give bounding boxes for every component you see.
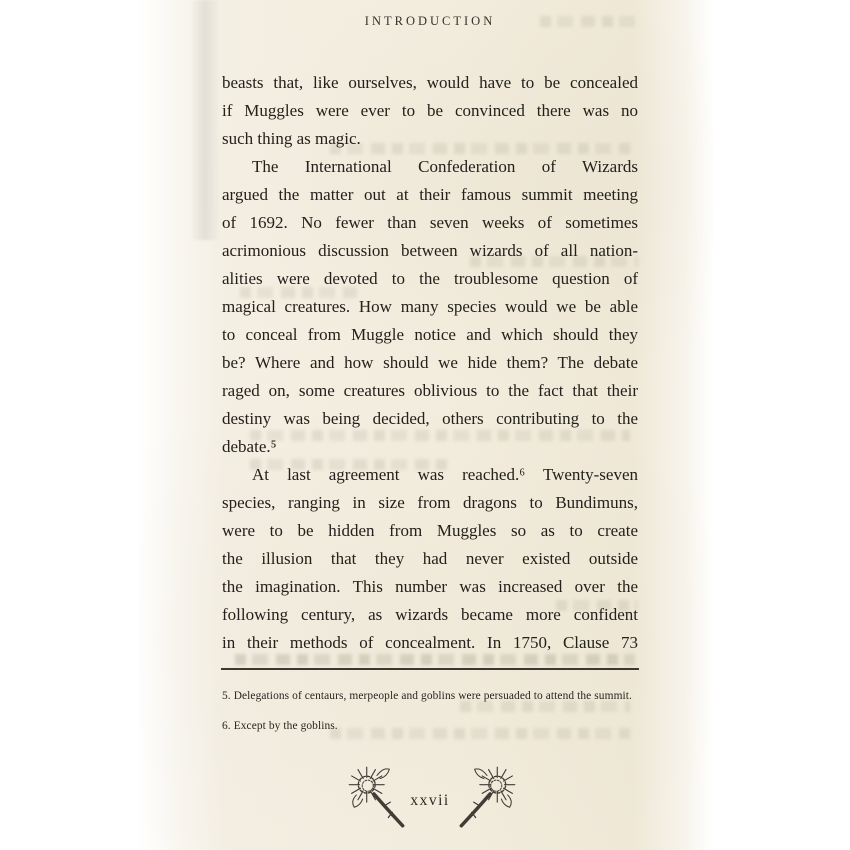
body-line: if Muggles were ever to be convinced the… — [222, 97, 638, 125]
running-header: INTRODUCTION — [222, 12, 638, 30]
page-gutter-shadow — [190, 0, 220, 240]
body-line: raged on, some creatures oblivious to th… — [222, 377, 638, 405]
body-line: beasts that, like ourselves, would have … — [222, 69, 638, 97]
footnote: 6. Except by the goblins. — [222, 711, 642, 741]
body-line: alities were devoted to the troublesome … — [222, 265, 638, 293]
book-page-photo: INTRODUCTION beasts that, like ourselves… — [0, 0, 850, 850]
body-line: be? Where and how should we hide them? T… — [222, 349, 638, 377]
body-line: magical creatures. How many species woul… — [222, 293, 638, 321]
body-line: At last agreement was reached.⁶ Twenty-s… — [222, 461, 638, 489]
thistle-ornament-right-icon — [450, 760, 524, 834]
body-line: such thing as magic. — [222, 125, 638, 153]
body-line: the illusion that they had never existed… — [222, 545, 638, 573]
folio-row: xxvii — [222, 760, 638, 840]
body-line: to conceal from Muggle notice and which … — [222, 321, 638, 349]
body-line: the imagination. This number was increas… — [222, 573, 638, 601]
body-line: acrimonious discussion between wizards o… — [222, 237, 638, 265]
body-line: in their methods of concealment. In 1750… — [222, 629, 638, 657]
body-line: following century, as wizards became mor… — [222, 601, 638, 629]
body-line: were to be hidden from Muggles so as to … — [222, 517, 638, 545]
footnotes: 5. Delegations of centaurs, merpeople an… — [222, 681, 642, 741]
body-line: of 1692. No fewer than seven weeks of so… — [222, 209, 638, 237]
body-text: beasts that, like ourselves, would have … — [222, 69, 638, 657]
footnote-rule — [221, 668, 639, 670]
body-line: destiny was being decided, others contri… — [222, 405, 638, 433]
page-number: xxvii — [222, 792, 638, 810]
body-line: species, ranging in size from dragons to… — [222, 489, 638, 517]
body-line: debate.⁵ — [222, 433, 638, 461]
body-line: The International Confederation of Wizar… — [222, 153, 638, 181]
footnote: 5. Delegations of centaurs, merpeople an… — [222, 681, 642, 711]
body-line: argued the matter out at their famous su… — [222, 181, 638, 209]
